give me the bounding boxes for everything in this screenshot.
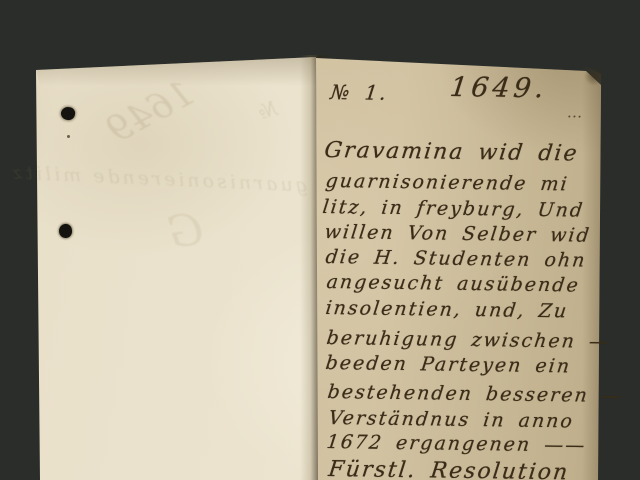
header-number: № 1. (329, 80, 389, 105)
ink-speck (67, 135, 70, 138)
header-year: 1649. (448, 72, 549, 104)
manuscript-line: angesucht ausübende (325, 271, 581, 296)
right-page-edge-wear (582, 64, 604, 480)
bleedthrough-swash: G (165, 204, 207, 259)
manuscript-line: beruhigung zwischen — (325, 327, 611, 353)
manuscript-line: guarnisonierende mi (324, 170, 570, 195)
manuscript-line: Gravamina wid die (323, 138, 580, 167)
manuscript-line: 1672 ergangenen —— (325, 431, 587, 457)
manuscript-line: willen Von Selber wid (323, 221, 592, 247)
right-page-corner-blotch (584, 66, 604, 86)
manuscript-line: bestehenden besseren — (326, 381, 624, 407)
manuscript-line: Verständnus in anno (327, 407, 575, 432)
margin-dots-mark: ··· (566, 110, 583, 125)
manuscript-line: die H. Studenten ohn (324, 246, 587, 272)
manuscript-line: insolentien, und, Zu (324, 297, 569, 322)
manuscript-photo: 1649 № G guarnisonierende militz № 1. 16… (0, 0, 640, 480)
manuscript-line: beeden Parteyen ein (324, 352, 572, 377)
manuscript-line: litz, in freyburg, Und (321, 196, 585, 222)
manuscript-line: Fürstl. Resolution (327, 457, 571, 480)
